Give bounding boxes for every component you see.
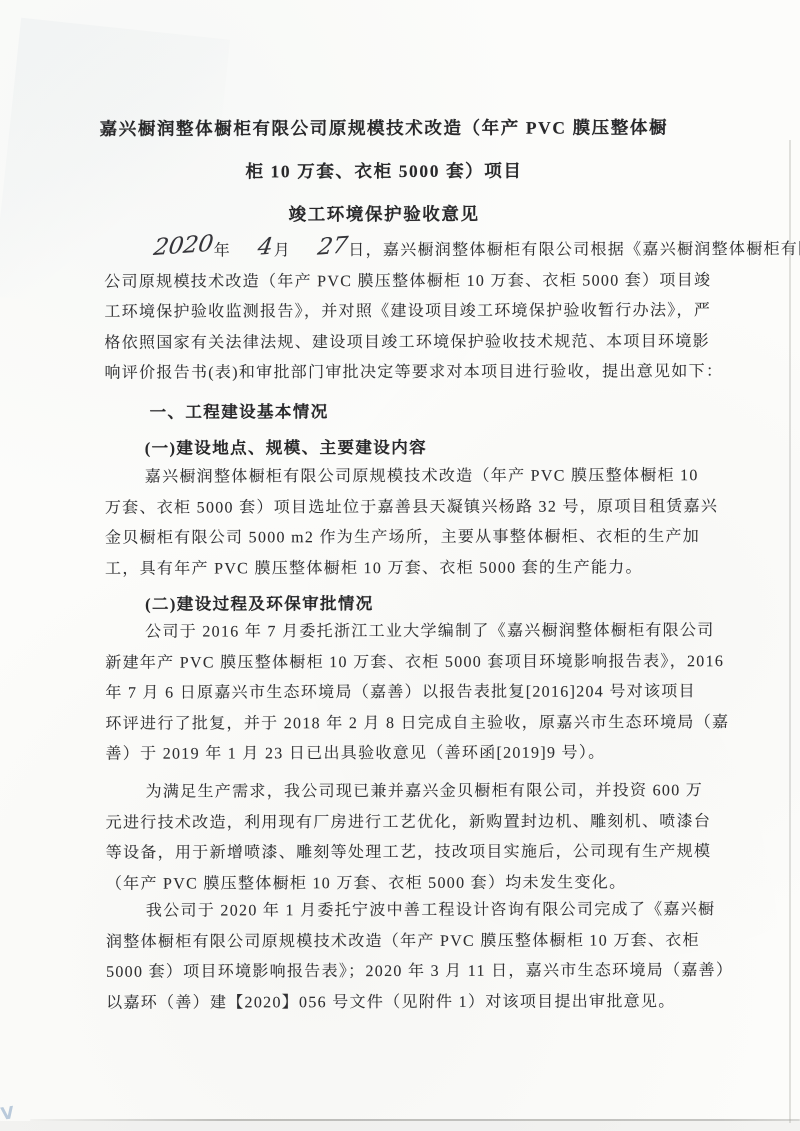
scan-right-edge-line <box>789 140 791 1123</box>
document-content: 嘉兴橱润整体橱柜有限公司原规模技术改造（年产 PVC 膜压整体橱 柜 10 万套… <box>0 0 800 1131</box>
paragraph-line: 新建年产 PVC 膜压整体橱柜 10 万套、衣柜 5000 套项目环境影响报告表… <box>105 647 770 679</box>
handwritten-month: 4 <box>233 237 274 260</box>
handwritten-year: 2020 <box>129 234 214 260</box>
scan-bottom-shadow-band <box>0 1121 800 1131</box>
intro-line-4: 格依照国家有关法律法规、建设项目竣工环境保护验收技术规范、本项目环境影 <box>104 327 769 359</box>
scanned-document-page: 嘉兴橱润整体橱柜有限公司原规模技术改造（年产 PVC 膜压整体橱 柜 10 万套… <box>0 0 800 1131</box>
section-1-1-heading: (一)建设地点、规模、主要建设内容 <box>145 434 427 459</box>
paragraph-line: 年 7 月 6 日原嘉兴市生态环境局（嘉善）以报告表批复[2016]204 号对… <box>105 677 770 709</box>
paragraph-line: 环评进行了批复，并于 2018 年 2 月 8 日完成自主验收，原嘉兴市生态环境… <box>105 708 770 740</box>
intro-line-3: 工环境保护验收监测报告》，并对照《建设项目竣工环境保护验收暂行办法》，严 <box>104 296 769 328</box>
paragraph-line: 5000 套）项目环境影响报告表》；2020 年 3 月 11 日，嘉兴市生态环… <box>106 956 771 988</box>
intro-line-with-handwritten-date: 2020年4月27日，嘉兴橱润整体橱柜有限公司根据《嘉兴橱润整体橱柜有限 <box>104 235 769 267</box>
paragraph-line: 工，具有年产 PVC 膜压整体橱柜 10 万套、衣柜 5000 套的生产能力。 <box>105 553 770 585</box>
paragraph-line: 润整体橱柜有限公司原规模技术改造（年产 PVC 膜压整体橱柜 10 万套、衣柜 <box>106 926 771 958</box>
month-label: 月 <box>274 242 291 259</box>
intro-line-5: 响评价报告书(表)和审批部门审批决定等要求对本项目进行验收，提出意见如下： <box>104 357 769 389</box>
document-title-line-1: 嘉兴橱润整体橱柜有限公司原规模技术改造（年产 PVC 膜压整体橱 <box>0 114 769 141</box>
paragraph-line: 公司于 2016 年 7 月委托浙江工业大学编制了《嘉兴橱润整体橱柜有限公司 <box>105 616 770 648</box>
section-1-2-paragraph-1: 公司于 2016 年 7 月委托浙江工业大学编制了《嘉兴橱润整体橱柜有限公司 新… <box>105 616 770 770</box>
handwritten-day: 27 <box>293 236 349 260</box>
document-subtitle: 竣工环境保护验收意见 <box>0 200 769 227</box>
section-1-heading: 一、工程建设基本情况 <box>150 398 329 422</box>
paragraph-line: 以嘉环（善）建【2020】056 号文件（见附件 1）对该项目提出审批意见。 <box>106 987 771 1019</box>
day-label: 日 <box>348 242 365 259</box>
intro-paragraph: 2020年4月27日，嘉兴橱润整体橱柜有限公司根据《嘉兴橱润整体橱柜有限 公司原… <box>104 235 769 389</box>
section-1-2-paragraph-2: 为满足生产需求，我公司现已兼并嘉兴金贝橱柜有限公司，并投资 600 万 元进行技… <box>106 776 771 900</box>
paragraph-line: 为满足生产需求，我公司现已兼并嘉兴金贝橱柜有限公司，并投资 600 万 <box>106 776 771 808</box>
intro-line-1-text: ，嘉兴橱润整体橱柜有限公司根据《嘉兴橱润整体橱柜有限 <box>366 241 800 259</box>
intro-line-2: 公司原规模技术改造（年产 PVC 膜压整体橱柜 10 万套、衣柜 5000 套）… <box>104 266 769 298</box>
section-1-2-heading: (二)建设过程及环保审批情况 <box>145 590 374 615</box>
paragraph-line: 嘉兴橱润整体橱柜有限公司原规模技术改造（年产 PVC 膜压整体橱柜 10 <box>105 461 770 493</box>
document-title-line-2: 柜 10 万套、衣柜 5000 套）项目 <box>0 157 769 184</box>
paragraph-line: 元进行技术改造，利用现有厂房进行工艺优化，新购置封边机、雕刻机、喷漆台 <box>106 807 771 839</box>
section-1-1-paragraph: 嘉兴橱润整体橱柜有限公司原规模技术改造（年产 PVC 膜压整体橱柜 10 万套、… <box>105 461 770 585</box>
paragraph-line: 金贝橱柜有限公司 5000 m2 作为生产场所，主要从事整体橱柜、衣柜的生产加 <box>105 522 770 554</box>
paragraph-line: 万套、衣柜 5000 套）项目选址位于嘉善县天凝镇兴杨路 32 号，原项目租赁嘉… <box>105 492 770 524</box>
paragraph-line: 善）于 2019 年 1 月 23 日已出具验收意见（善环函[2019]9 号）… <box>105 738 770 770</box>
paragraph-line: 等设备，用于新增喷漆、雕刻等处理工艺，技改项目实施后，公司现有生产规模 <box>106 837 771 869</box>
paragraph-line: 我公司于 2020 年 1 月委托宁波中善工程设计咨询有限公司完成了《嘉兴橱 <box>106 895 771 927</box>
year-label: 年 <box>214 242 231 259</box>
section-1-2-paragraph-3: 我公司于 2020 年 1 月委托宁波中善工程设计咨询有限公司完成了《嘉兴橱 润… <box>106 895 771 1019</box>
